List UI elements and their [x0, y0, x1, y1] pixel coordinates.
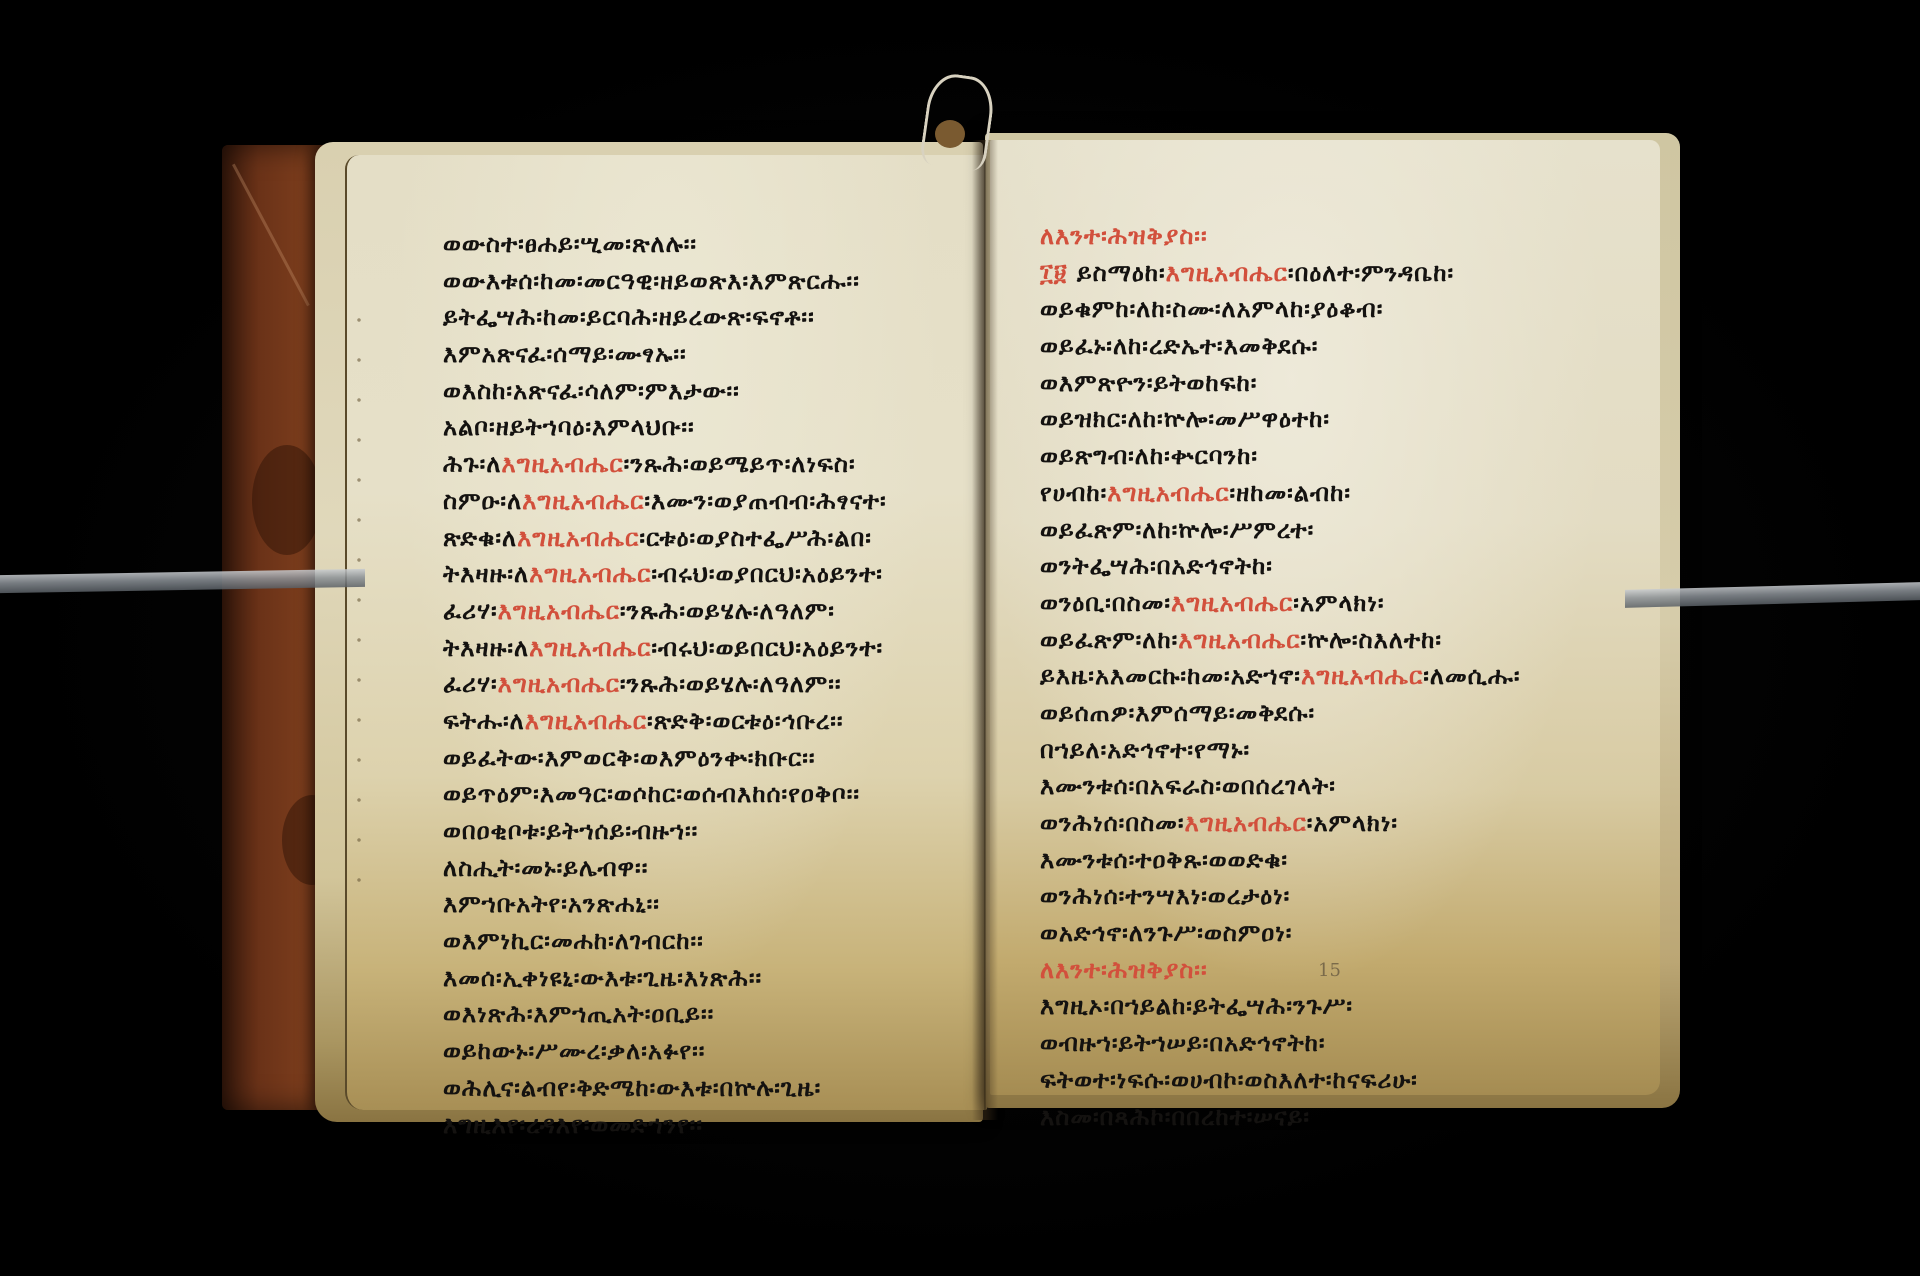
manuscript-line: እሙንቱሰ፡በአፍራስ፡ወበሰረገላት፡ — [1040, 768, 1520, 805]
manuscript-line: እመሰ፡ኢቀነዩኒ፡ውእቱ፡ጊዜ፡እነጽሕ፡፡ — [443, 960, 887, 997]
manuscript-line: ወአድኅኖ፡ለንጉሥ፡ወስምዐነ፡ — [1040, 915, 1520, 952]
line-text: ፡አምላክነ፡ — [1307, 809, 1398, 837]
line-text: የሀብከ፡ — [1040, 479, 1107, 507]
left-page-text: ወውስተ፡ፀሐይ፡ሢመ፡ጽለሉ፡፡ወውእቱሰ፡ከመ፡መርዓዊ፡ዘይወጽእ፡እምጽ… — [443, 226, 887, 1143]
rubric-text: እግዚአብሔር — [498, 670, 620, 698]
manuscript-line: ወውስተ፡ፀሐይ፡ሢመ፡ጽለሉ፡፡ — [443, 226, 887, 263]
rubric-text: እግዚአብሔር — [1107, 479, 1229, 507]
rubric-text: እግዚአብሔር — [522, 487, 644, 515]
rubric-text: እግዚአብሔር — [1171, 589, 1293, 617]
line-text: ሕጉ፡ለ — [443, 450, 501, 478]
line-text: ይእዜ፡አእመርኩ፡ከመ፡አድኀኖ፡ — [1040, 662, 1301, 690]
manuscript-line: እስመ፡በጻሕኮ፡በበረከተ፡ሠናይ፡ — [1040, 1099, 1520, 1136]
rubric-text: እግዚአብሔር — [501, 450, 623, 478]
line-text: ፡እሙን፡ወያጠብብ፡ሕፃናተ፡ — [644, 487, 886, 515]
right-page-text: ለእንተ፡ሕዝቅያስ፡፡፲፱ ይስማዕከ፡እግዚአብሔር፡በዕለተ፡ምንዳቤከ፡… — [1040, 218, 1520, 1135]
line-text: ይስማዕከ፡ — [1077, 259, 1166, 287]
line-text: ጽድቁ፡ለ — [443, 524, 517, 552]
line-text: ወይፈጽም፡ለከ፡ኵሎ፡ሥምረተ፡ — [1040, 516, 1314, 544]
line-text: ወንዕቢ፡በስመ፡ — [1040, 589, 1171, 617]
line-text: ወይቁምከ፡ለከ፡ስሙ፡ለአምላከ፡ያዕቆብ፡ — [1040, 295, 1383, 323]
line-text: ፡ብሩህ፡ወያበርህ፡አዕይንተ፡ — [651, 560, 883, 588]
line-text: ወይፈጽም፡ለከ፡ — [1040, 626, 1178, 654]
line-text: ፡አምላክነ፡ — [1293, 589, 1384, 617]
rubric-text: እግዚአብሔር — [1301, 662, 1423, 690]
manuscript-line: ወይቁምከ፡ለከ፡ስሙ፡ለአምላከ፡ያዕቆብ፡ — [1040, 291, 1520, 328]
line-text: ወውስተ፡ፀሐይ፡ሢመ፡ጽለሉ፡፡ — [443, 230, 697, 258]
manuscript-line: ፈሪሃ፡እግዚአብሔር፡ንጹሕ፡ወይሄሉ፡ለዓለም፡፡ — [443, 666, 887, 703]
line-text: ወይጥዕም፡እመዓር፡ወሶከር፡ወሰብእከሰ፡የዐቅቦ፡፡ — [443, 780, 860, 808]
line-text: ፈሪሃ፡ — [443, 597, 498, 625]
manuscript-line: ወእምነኪር፡መሐከ፡ለገብርከ፡፡ — [443, 923, 887, 960]
line-text: ፡ለመሲሑ፡ — [1423, 662, 1520, 690]
line-text: ፡ጽድቅ፡ወርቱዕ፡ኅቡረ፡፡ — [647, 707, 844, 735]
manuscript-line: ወእነጽሕ፡እምኀጢአት፡ዐቢይ፡፡ — [443, 996, 887, 1033]
line-text: ይትፌሣሕ፡ከመ፡ይርባሕ፡ዘይረውጽ፡ፍኖቶ፡፡ — [443, 303, 815, 331]
line-text: ፡ንጹሕ፡ወይሄሉ፡ለዓለም፡፡ — [620, 670, 842, 698]
manuscript-line: እግዚእየ፡ረዳእየ፡ወመድኀንየ፡፡ — [443, 1107, 887, 1144]
line-text: ወእስከ፡አጽናፈ፡ሳለም፡ምእታው፡፡ — [443, 377, 740, 405]
manuscript-line: ይእዜ፡አእመርኩ፡ከመ፡አድኀኖ፡እግዚአብሔር፡ለመሲሑ፡ — [1040, 658, 1520, 695]
rubric-text: እግዚአብሔር — [517, 524, 639, 552]
line-text: ትእዛዙ፡ለ — [443, 560, 529, 588]
line-text: ፡ንጹሕ፡ወይሜይጥ፡ለነፍስ፡ — [624, 450, 856, 478]
line-text: ወእነጽሕ፡እምኀጢአት፡ዐቢይ፡፡ — [443, 1000, 714, 1028]
line-text: እምአጽናፈ፡ሰማይ፡ሙፃኡ፡፡ — [443, 340, 687, 368]
manuscript-line: ወይጥዕም፡እመዓር፡ወሶከር፡ወሰብእከሰ፡የዐቅቦ፡፡ — [443, 776, 887, 813]
manuscript-line: ወይሰጠዎ፡እምሰማይ፡መቅደሱ፡ — [1040, 695, 1520, 732]
line-text: ፍትሑ፡ለ — [443, 707, 525, 735]
line-text: ወንሕነሰ፡ተንሣእነ፡ወረታዕነ፡ — [1040, 882, 1290, 910]
line-text: ወንትፌሣሕ፡በአድኅኖትከ፡ — [1040, 552, 1273, 580]
line-text: ፡ብሩህ፡ወይበርህ፡አዕይንተ፡ — [651, 634, 883, 662]
rubric-text: እግዚአብሔር — [498, 597, 620, 625]
manuscript-line: ወንዕቢ፡በስመ፡እግዚአብሔር፡አምላክነ፡ — [1040, 585, 1520, 622]
manuscript-line: ፍትወተ፡ነፍሱ፡ወሀብኮ፡ወስእለተ፡ከናፍሪሁ፡ — [1040, 1062, 1520, 1099]
manuscript-line: ይትፌሣሕ፡ከመ፡ይርባሕ፡ዘይረውጽ፡ፍኖቶ፡፡ — [443, 299, 887, 336]
line-text: ወይዝክር፡ለከ፡ኵሎ፡መሥዋዕተከ፡ — [1040, 405, 1330, 433]
line-text: እሙንቱሰ፡በአፍራስ፡ወበሰረገላት፡ — [1040, 772, 1336, 800]
line-text: በኀይለ፡አድኅኖተ፡የማኑ፡ — [1040, 736, 1250, 764]
line-text: ወውእቱሰ፡ከመ፡መርዓዊ፡ዘይወጽእ፡እምጽርሑ፡፡ — [443, 267, 860, 295]
line-text: ፈሪሃ፡ — [443, 670, 498, 698]
manuscript-line: ሕጉ፡ለእግዚአብሔር፡ንጹሕ፡ወይሜይጥ፡ለነፍስ፡ — [443, 446, 887, 483]
rubric-text: እግዚአብሔር — [1166, 259, 1288, 287]
manuscript-line: ፲፱ ይስማዕከ፡እግዚአብሔር፡በዕለተ፡ምንዳቤከ፡ — [1040, 255, 1520, 292]
manuscript-line: ወይፈኑ፡ለከ፡ረድኤተ፡እመቅደሱ፡ — [1040, 328, 1520, 365]
manuscript-line: ጽድቁ፡ለእግዚአብሔር፡ርቱዕ፡ወያስተፌሥሕ፡ልበ፡ — [443, 520, 887, 557]
rubric-text: እግዚአብሔር — [1178, 626, 1300, 654]
manuscript-line: እግዚኦ፡በኀይልከ፡ይትፌሣሕ፡ንጉሥ፡ — [1040, 988, 1520, 1025]
manuscript-line: እምአጽናፈ፡ሰማይ፡ሙፃኡ፡፡ — [443, 336, 887, 373]
binding-knot — [935, 120, 965, 148]
manuscript-line: ወይከውኑ፡ሥሙረ፡ቃለ፡አፉየ፡፡ — [443, 1033, 887, 1070]
manuscript-line: ወእምጽዮን፡ይትወከፍከ፡ — [1040, 365, 1520, 402]
cover-stain — [252, 445, 322, 555]
manuscript-line: ፈሪሃ፡እግዚአብሔር፡ንጹሕ፡ወይሄሉ፡ለዓለም፡ — [443, 593, 887, 630]
line-text: ወንሕነሰ፡በስመ፡ — [1040, 809, 1185, 837]
pricking-holes — [355, 300, 363, 900]
line-text: እሙንቱሰ፡ተዐቅጹ፡ወወድቁ፡ — [1040, 846, 1288, 874]
line-text: ወይፈትው፡እምወርቅ፡ወእምዕንቍ፡ክቡር፡፡ — [443, 744, 816, 772]
manuscript-line: ወበዐቂቦቱ፡ይትኀሰይ፡ብዙኀ፡፡ — [443, 813, 887, 850]
manuscript-line: ትእዛዙ፡ለእግዚአብሔር፡ብሩህ፡ወይበርህ፡አዕይንተ፡ — [443, 630, 887, 667]
rubric-text: እግዚአብሔር — [529, 560, 651, 588]
manuscript-line: ወውእቱሰ፡ከመ፡መርዓዊ፡ዘይወጽእ፡እምጽርሑ፡፡ — [443, 263, 887, 300]
line-text: ወይፈኑ፡ለከ፡ረድኤተ፡እመቅደሱ፡ — [1040, 332, 1318, 360]
line-text: ፡ርቱዕ፡ወያስተፌሥሕ፡ልበ፡ — [639, 524, 872, 552]
line-text: ፡ንጹሕ፡ወይሄሉ፡ለዓለም፡ — [620, 597, 835, 625]
manuscript-line: ወይፈትው፡እምወርቅ፡ወእምዕንቍ፡ክቡር፡፡ — [443, 740, 887, 777]
manuscript-line: ወይፈጽም፡ለከ፡ኵሎ፡ሥምረተ፡ — [1040, 512, 1520, 549]
line-text: ወይሰጠዎ፡እምሰማይ፡መቅደሱ፡ — [1040, 699, 1315, 727]
manuscript-line: ፍትሑ፡ለእግዚአብሔር፡ጽድቅ፡ወርቱዕ፡ኅቡረ፡፡ — [443, 703, 887, 740]
manuscript-line: ወእስከ፡አጽናፈ፡ሳለም፡ምእታው፡፡ — [443, 373, 887, 410]
line-text: ፡በዕለተ፡ምንዳቤከ፡ — [1288, 259, 1454, 287]
line-text: ወብዙኀ፡ይትኀሠይ፡በአድኅኖትከ፡ — [1040, 1029, 1326, 1057]
line-text: ስምዑ፡ለ — [443, 487, 522, 515]
book-gutter — [972, 140, 998, 1120]
manuscript-line: ወይጽግብ፡ለከ፡ቍርባንከ፡ — [1040, 438, 1520, 475]
folio-mark: 15 — [1318, 960, 1341, 981]
manuscript-line: ወንትፌሣሕ፡በአድኅኖትከ፡ — [1040, 548, 1520, 585]
line-text: ትእዛዙ፡ለ — [443, 634, 529, 662]
line-text: ፡ኵሎ፡ስእለተከ፡ — [1301, 626, 1442, 654]
line-text: እግዚእየ፡ረዳእየ፡ወመድኀንየ፡፡ — [443, 1111, 703, 1139]
manuscript-line: ትእዛዙ፡ለእግዚአብሔር፡ብሩህ፡ወያበርህ፡አዕይንተ፡ — [443, 556, 887, 593]
line-text: እመሰ፡ኢቀነዩኒ፡ውእቱ፡ጊዜ፡እነጽሕ፡፡ — [443, 964, 762, 992]
manuscript-line: ስምዑ፡ለእግዚአብሔር፡እሙን፡ወያጠብብ፡ሕፃናተ፡ — [443, 483, 887, 520]
manuscript-line: የሀብከ፡እግዚአብሔር፡ዘከመ፡ልብከ፡ — [1040, 475, 1520, 512]
manuscript-line: እምኀቡአትየ፡አንጽሐኒ፡፡ — [443, 886, 887, 923]
manuscript-line: ወይዝክር፡ለከ፡ኵሎ፡መሥዋዕተከ፡ — [1040, 401, 1520, 438]
rubric-text: እግዚአብሔር — [529, 634, 651, 662]
line-text: እምኀቡአትየ፡አንጽሐኒ፡፡ — [443, 890, 660, 918]
line-text: እስመ፡በጻሕኮ፡በበረከተ፡ሠናይ፡ — [1040, 1103, 1310, 1131]
line-text: እግዚኦ፡በኀይልከ፡ይትፌሣሕ፡ንጉሥ፡ — [1040, 992, 1353, 1020]
rubric-text: እግዚአብሔር — [1185, 809, 1307, 837]
line-text: ወይከውኑ፡ሥሙረ፡ቃለ፡አፉየ፡፡ — [443, 1037, 705, 1065]
psalm-title: ለእንተ፡ሕዝቅያስ፡፡ — [1040, 952, 1520, 989]
psalm-title: ለእንተ፡ሕዝቅያስ፡፡ — [1040, 218, 1520, 255]
rubric-text: እግዚአብሔር — [525, 707, 647, 735]
line-text: ወይጽግብ፡ለከ፡ቍርባንከ፡ — [1040, 442, 1258, 470]
manuscript-line: ወሕሊና፡ልብየ፡ቅድሜከ፡ውእቱ፡በኵሉ፡ጊዜ፡ — [443, 1070, 887, 1107]
psalm-number: ፲፱ — [1040, 259, 1077, 287]
line-text: ወበዐቂቦቱ፡ይትኀሰይ፡ብዙኀ፡፡ — [443, 817, 698, 845]
line-text: ወእምነኪር፡መሐከ፡ለገብርከ፡፡ — [443, 927, 704, 955]
manuscript-line: ወይፈጽም፡ለከ፡እግዚአብሔር፡ኵሎ፡ስእለተከ፡ — [1040, 622, 1520, 659]
cover-crease — [232, 164, 310, 307]
line-text: ወአድኅኖ፡ለንጉሥ፡ወስምዐነ፡ — [1040, 919, 1292, 947]
manuscript-line: ወብዙኀ፡ይትኀሠይ፡በአድኅኖትከ፡ — [1040, 1025, 1520, 1062]
line-text: ወሕሊና፡ልብየ፡ቅድሜከ፡ውእቱ፡በኵሉ፡ጊዜ፡ — [443, 1074, 821, 1102]
line-text: ለስሒት፡መኑ፡ይሌብዋ፡፡ — [443, 854, 648, 882]
manuscript-line: አልቦ፡ዘይትኀባዕ፡እምላህቡ፡፡ — [443, 409, 887, 446]
manuscript-line: እሙንቱሰ፡ተዐቅጹ፡ወወድቁ፡ — [1040, 842, 1520, 879]
line-text: ወእምጽዮን፡ይትወከፍከ፡ — [1040, 369, 1257, 397]
line-text: ፡ዘከመ፡ልብከ፡ — [1229, 479, 1351, 507]
line-text: ፍትወተ፡ነፍሱ፡ወሀብኮ፡ወስእለተ፡ከናፍሪሁ፡ — [1040, 1066, 1418, 1094]
manuscript-line: ወንሕነሰ፡በስመ፡እግዚአብሔር፡አምላክነ፡ — [1040, 805, 1520, 842]
manuscript-line: በኀይለ፡አድኅኖተ፡የማኑ፡ — [1040, 732, 1520, 769]
manuscript-line: ለስሒት፡መኑ፡ይሌብዋ፡፡ — [443, 850, 887, 887]
manuscript-line: ወንሕነሰ፡ተንሣእነ፡ወረታዕነ፡ — [1040, 878, 1520, 915]
line-text: አልቦ፡ዘይትኀባዕ፡እምላህቡ፡፡ — [443, 413, 695, 441]
